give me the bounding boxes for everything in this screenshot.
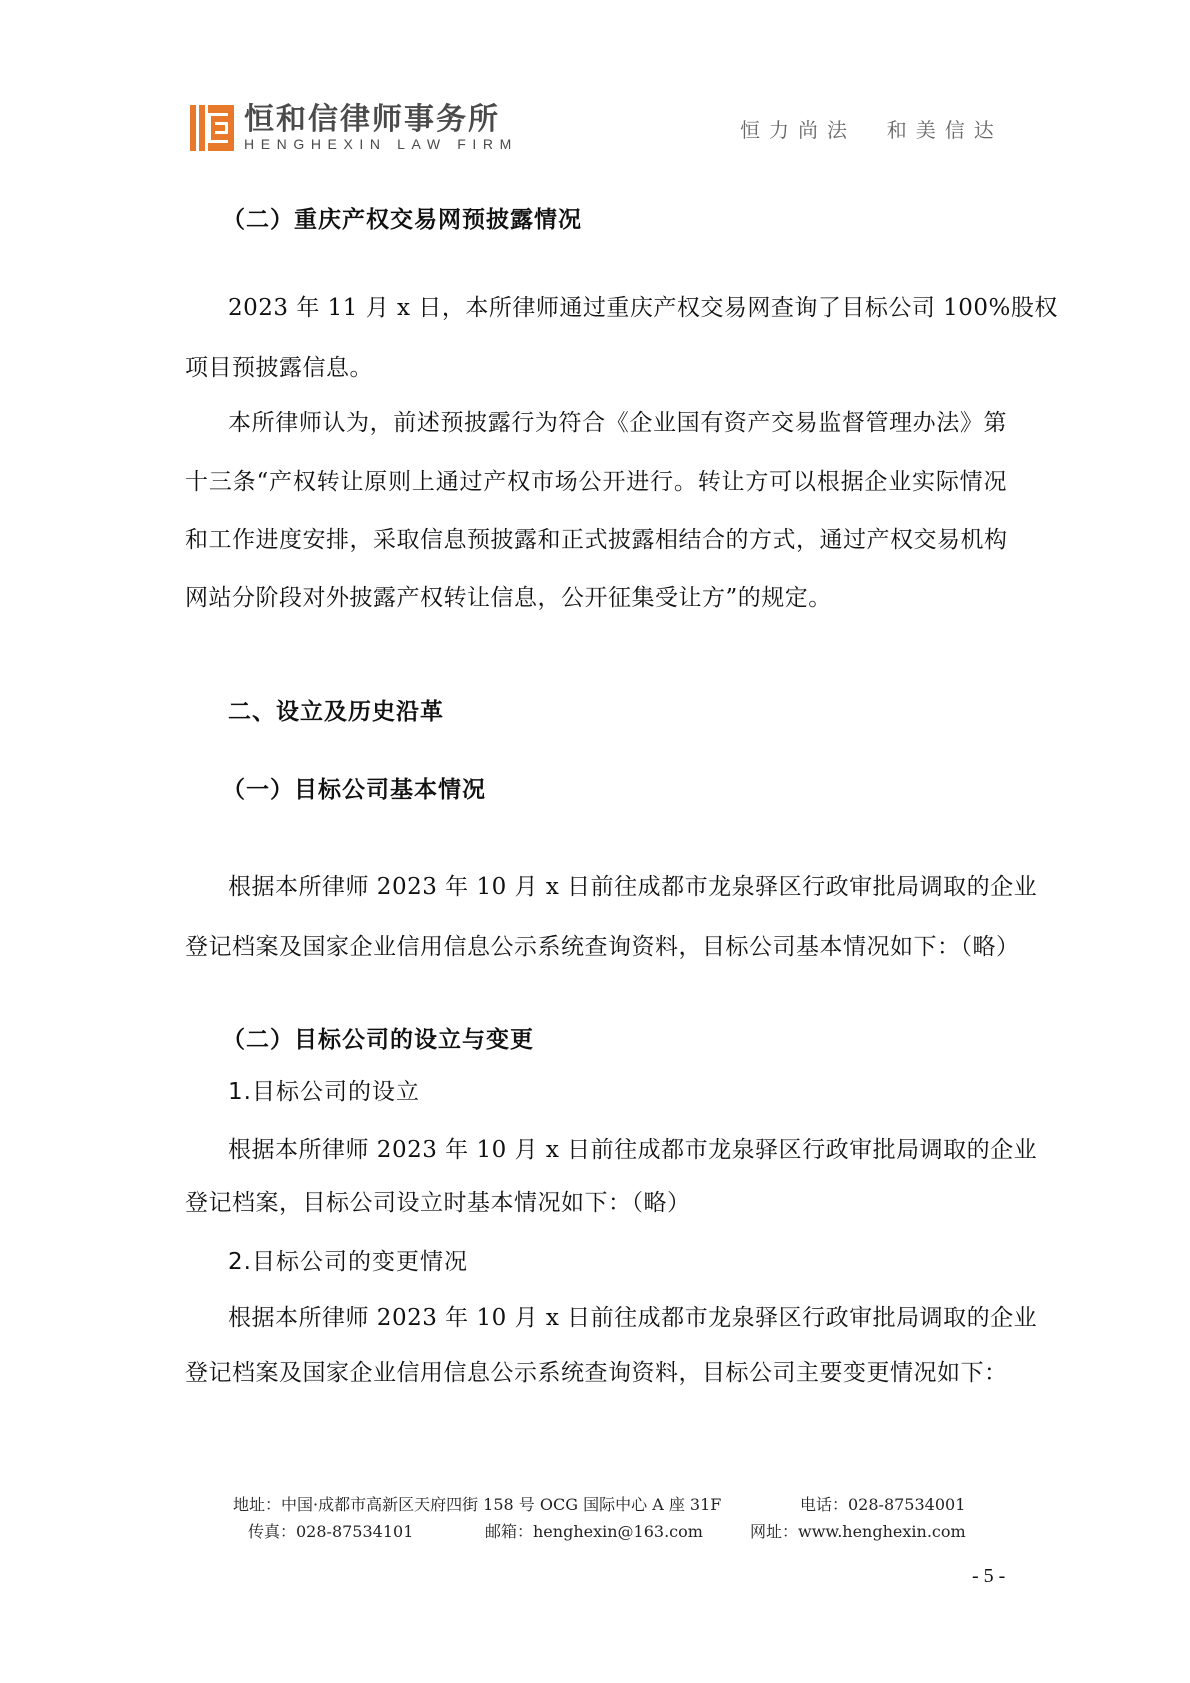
footer-address: 地址：中国·成都市高新区天府四街 158 号 OCG 国际中心 A 座 31F	[233, 1492, 721, 1515]
logo-mark-icon	[190, 105, 234, 151]
paragraph-line: 本所律师认为，前述预披露行为符合《企业国有资产交易监督管理办法》第	[228, 408, 1007, 438]
subsection-heading: （二）目标公司的设立与变更	[222, 1025, 534, 1055]
paragraph-line: 根据本所律师 2023 年 10 月 x 日前往成都市龙泉驿区行政审批局调取的企…	[228, 872, 1007, 902]
paragraph-line: 2023 年 11 月 x 日，本所律师通过重庆产权交易网查询了目标公司 100…	[228, 293, 1007, 323]
item-heading: 2.目标公司的变更情况	[228, 1247, 468, 1277]
paragraph-line: 根据本所律师 2023 年 10 月 x 日前往成都市龙泉驿区行政审批局调取的企…	[228, 1135, 1007, 1165]
paragraph-line: 登记档案，目标公司设立时基本情况如下：（略）	[185, 1188, 1007, 1218]
paragraph-line: 和工作进度安排，采取信息预披露和正式披露相结合的方式，通过产权交易机构	[185, 525, 1007, 555]
page-number: - 5 -	[972, 1565, 1005, 1588]
paragraph-line: 登记档案及国家企业信用信息公示系统查询资料，目标公司基本情况如下：（略）	[185, 932, 1007, 962]
paragraph-line: 登记档案及国家企业信用信息公示系统查询资料，目标公司主要变更情况如下：	[185, 1358, 1007, 1388]
firm-logo: 恒和信律师事务所 HENGHEXIN LAW FIRM	[190, 104, 518, 152]
section-heading: 二、设立及历史沿革	[228, 697, 444, 727]
firm-name-cn: 恒和信律师事务所	[244, 104, 518, 136]
subsection-heading: （一）目标公司基本情况	[222, 775, 486, 805]
footer-fax: 传真：028-87534101	[248, 1519, 413, 1542]
paragraph-line: 十三条“产权转让原则上通过产权市场公开进行。转让方可以根据企业实际情况	[185, 467, 1007, 497]
paragraph-line: 网站分阶段对外披露产权转让信息，公开征集受让方”的规定。	[185, 583, 1007, 613]
footer-website: 网址：www.henghexin.com	[750, 1519, 966, 1542]
footer-email: 邮箱：henghexin@163.com	[485, 1519, 703, 1542]
paragraph-line: 根据本所律师 2023 年 10 月 x 日前往成都市龙泉驿区行政审批局调取的企…	[228, 1303, 1007, 1333]
paragraph-line: 项目预披露信息。	[185, 353, 1007, 383]
firm-slogan: 恒力尚法 和美信达	[740, 114, 1003, 143]
footer-phone: 电话：028-87534001	[800, 1492, 965, 1515]
item-heading: 1.目标公司的设立	[228, 1077, 420, 1107]
firm-name-en: HENGHEXIN LAW FIRM	[244, 136, 518, 152]
heading-2-2: （二）重庆产权交易网预披露情况	[222, 205, 582, 235]
